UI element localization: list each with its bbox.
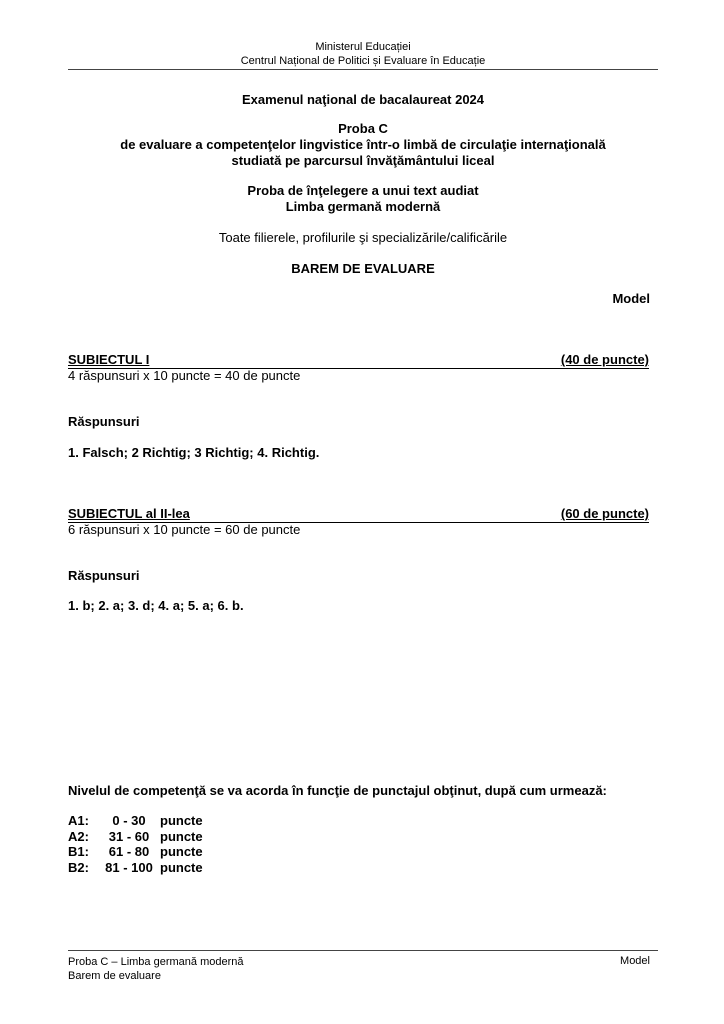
- ministry-name: Ministerul Educației: [68, 40, 658, 54]
- audience-text: Toate filierele, profilurile şi speciali…: [68, 230, 658, 246]
- footer-proba: Proba C – Limba germană modernă: [68, 955, 243, 969]
- level-name: B2:: [68, 860, 98, 876]
- subproba-block: Proba de înţelegere a unui text audiat L…: [68, 183, 658, 215]
- level-row: A1: 0 - 30 puncte: [68, 813, 203, 829]
- proba-description-2: studiată pe parcursul învăţământului lic…: [68, 153, 658, 169]
- proba-block: Proba C de evaluare a competenţelor ling…: [68, 121, 658, 169]
- subject-2-header: SUBIECTUL al II-lea (60 de puncte): [68, 506, 649, 523]
- subject-1-header: SUBIECTUL I (40 de puncte): [68, 352, 649, 369]
- barem-title: BAREM DE EVALUARE: [68, 261, 658, 277]
- footer-barem: Barem de evaluare: [68, 969, 243, 983]
- level-unit: puncte: [160, 829, 203, 845]
- subject-1-title: SUBIECTUL I: [68, 352, 149, 367]
- level-unit: puncte: [160, 813, 203, 829]
- subject-1-points: (40 de puncte): [561, 352, 649, 367]
- level-name: A2:: [68, 829, 98, 845]
- model-label: Model: [612, 291, 650, 306]
- level-range: 61 - 80: [98, 844, 160, 860]
- competence-levels: A1: 0 - 30 puncte A2: 31 - 60 puncte B1:…: [68, 813, 203, 875]
- level-row: A2: 31 - 60 puncte: [68, 829, 203, 845]
- subject-2-title: SUBIECTUL al II-lea: [68, 506, 190, 521]
- footer-left: Proba C – Limba germană modernă Barem de…: [68, 955, 243, 983]
- level-name: B1:: [68, 844, 98, 860]
- subject-1-answers-label: Răspunsuri: [68, 414, 140, 430]
- proba-description-1: de evaluare a competenţelor lingvistice …: [68, 137, 658, 153]
- footer-model: Model: [620, 955, 650, 967]
- level-range: 0 - 30: [98, 813, 160, 829]
- subject-1-scoring: 4 răspunsuri x 10 puncte = 40 de puncte: [68, 368, 300, 384]
- language-title: Limba germană modernă: [68, 199, 658, 215]
- level-unit: puncte: [160, 860, 203, 876]
- level-range: 31 - 60: [98, 829, 160, 845]
- subject-2-scoring: 6 răspunsuri x 10 puncte = 60 de puncte: [68, 522, 300, 538]
- header-divider: [68, 69, 658, 70]
- level-name: A1:: [68, 813, 98, 829]
- page-header: Ministerul Educației Centrul Național de…: [68, 40, 658, 68]
- subject-2-points: (60 de puncte): [561, 506, 649, 521]
- subject-2-answers: 1. b; 2. a; 3. d; 4. a; 5. a; 6. b.: [68, 598, 244, 614]
- level-range: 81 - 100: [98, 860, 160, 876]
- level-row: B1: 61 - 80 puncte: [68, 844, 203, 860]
- footer-divider: [68, 950, 658, 951]
- exam-title: Examenul naţional de bacalaureat 2024: [68, 92, 658, 108]
- center-name: Centrul Național de Politici și Evaluare…: [68, 54, 658, 68]
- proba-title: Proba C: [68, 121, 658, 137]
- level-unit: puncte: [160, 844, 203, 860]
- subproba-title: Proba de înţelegere a unui text audiat: [68, 183, 658, 199]
- subject-2-answers-label: Răspunsuri: [68, 568, 140, 584]
- subject-1-answers: 1. Falsch; 2 Richtig; 3 Richtig; 4. Rich…: [68, 445, 319, 461]
- level-row: B2: 81 - 100 puncte: [68, 860, 203, 876]
- competence-intro: Nivelul de competenţă se va acorda în fu…: [68, 783, 607, 799]
